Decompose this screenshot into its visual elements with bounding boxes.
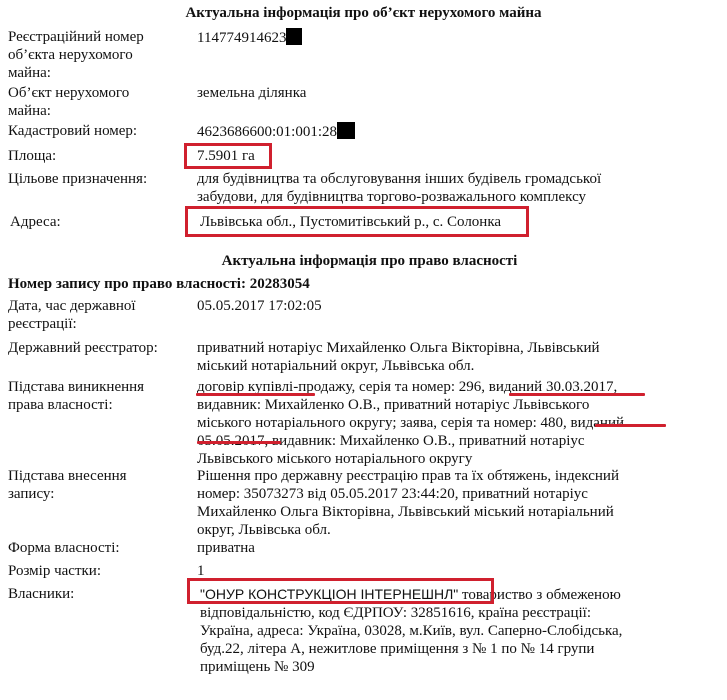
underline-contract bbox=[196, 393, 315, 396]
registration-number-value: 114774914623 bbox=[197, 30, 286, 46]
underline-issued-date-2 bbox=[197, 441, 281, 444]
value-line: Михайленко Ольга Вікторівна, Львівський … bbox=[197, 503, 677, 521]
value-line: округ, Львівська обл. bbox=[197, 521, 677, 539]
underline-issued-2 bbox=[595, 424, 666, 427]
field-value: приватний нотаріус Михайленко Ольга Вікт… bbox=[197, 339, 642, 375]
field-label: Адреса: bbox=[10, 213, 190, 231]
value-line: Рішення про державну реєстрацію прав та … bbox=[197, 467, 677, 485]
field-value: 05.05.2017 17:02:05 bbox=[197, 297, 657, 315]
highlight-box-owner bbox=[187, 578, 494, 604]
underline-issued-date-1 bbox=[509, 393, 645, 396]
highlight-box-address bbox=[185, 206, 529, 237]
redaction-block bbox=[286, 28, 302, 45]
value-line: відповідальністю, код ЄДРПОУ: 32851616, … bbox=[200, 604, 680, 622]
ownership-section-title: Актуальна інформація про право власності bbox=[6, 253, 727, 270]
field-label: Цільове призначення: bbox=[8, 170, 188, 188]
object-section-title: Актуальна інформація про об’єкт нерухомо… bbox=[0, 5, 727, 22]
value-line: видавник: Михайленко О.В., приватний нот… bbox=[197, 396, 717, 414]
field-label: Площа: bbox=[8, 147, 188, 165]
field-value: приватна bbox=[197, 539, 657, 557]
field-value: земельна ділянка bbox=[197, 84, 657, 102]
value-line: буд.22, літера А, нежитлове приміщення з… bbox=[200, 640, 680, 658]
field-label: Об’єкт нерухомого майна: bbox=[8, 84, 148, 120]
field-label: Розмір частки: bbox=[8, 562, 188, 580]
field-label: Державний реєстратор: bbox=[8, 339, 188, 357]
value-line: приміщень № 309 bbox=[200, 658, 680, 676]
field-label: Підстава виникнення права власності: bbox=[8, 378, 168, 414]
field-label: Підстава внесення запису: bbox=[8, 467, 158, 503]
field-label: Кадастровий номер: bbox=[8, 122, 188, 140]
field-value: договір купівлі-продажу, серія та номер:… bbox=[197, 378, 717, 468]
field-value: 114774914623 bbox=[197, 28, 657, 47]
highlight-box-area bbox=[184, 143, 272, 169]
value-line: Україна, адреса: Україна, 03028, м.Київ,… bbox=[200, 622, 680, 640]
field-value: 4623686600:01:001:28 bbox=[197, 122, 657, 141]
redaction-block bbox=[337, 122, 355, 139]
field-label: Форма власності: bbox=[8, 539, 188, 557]
field-label: Дата, час державної реєстрації: bbox=[8, 297, 158, 333]
value-line: номер: 35073273 від 05.05.2017 23:44:20,… bbox=[197, 485, 677, 503]
cadastral-number-value: 4623686600:01:001:28 bbox=[197, 124, 337, 140]
value-line: Львівського міського нотаріального округ… bbox=[197, 450, 717, 468]
ownership-record-number: Номер запису про право власності: 202830… bbox=[8, 276, 310, 293]
field-label: Реєстраційний номер об’єкта нерухомого м… bbox=[8, 28, 168, 82]
value-line: міського нотаріального округу; заява, се… bbox=[197, 414, 717, 432]
field-label: Власники: bbox=[8, 585, 188, 603]
field-value: Рішення про державну реєстрацію прав та … bbox=[197, 467, 677, 539]
field-value: для будівництва та обслуговування інших … bbox=[197, 170, 637, 206]
